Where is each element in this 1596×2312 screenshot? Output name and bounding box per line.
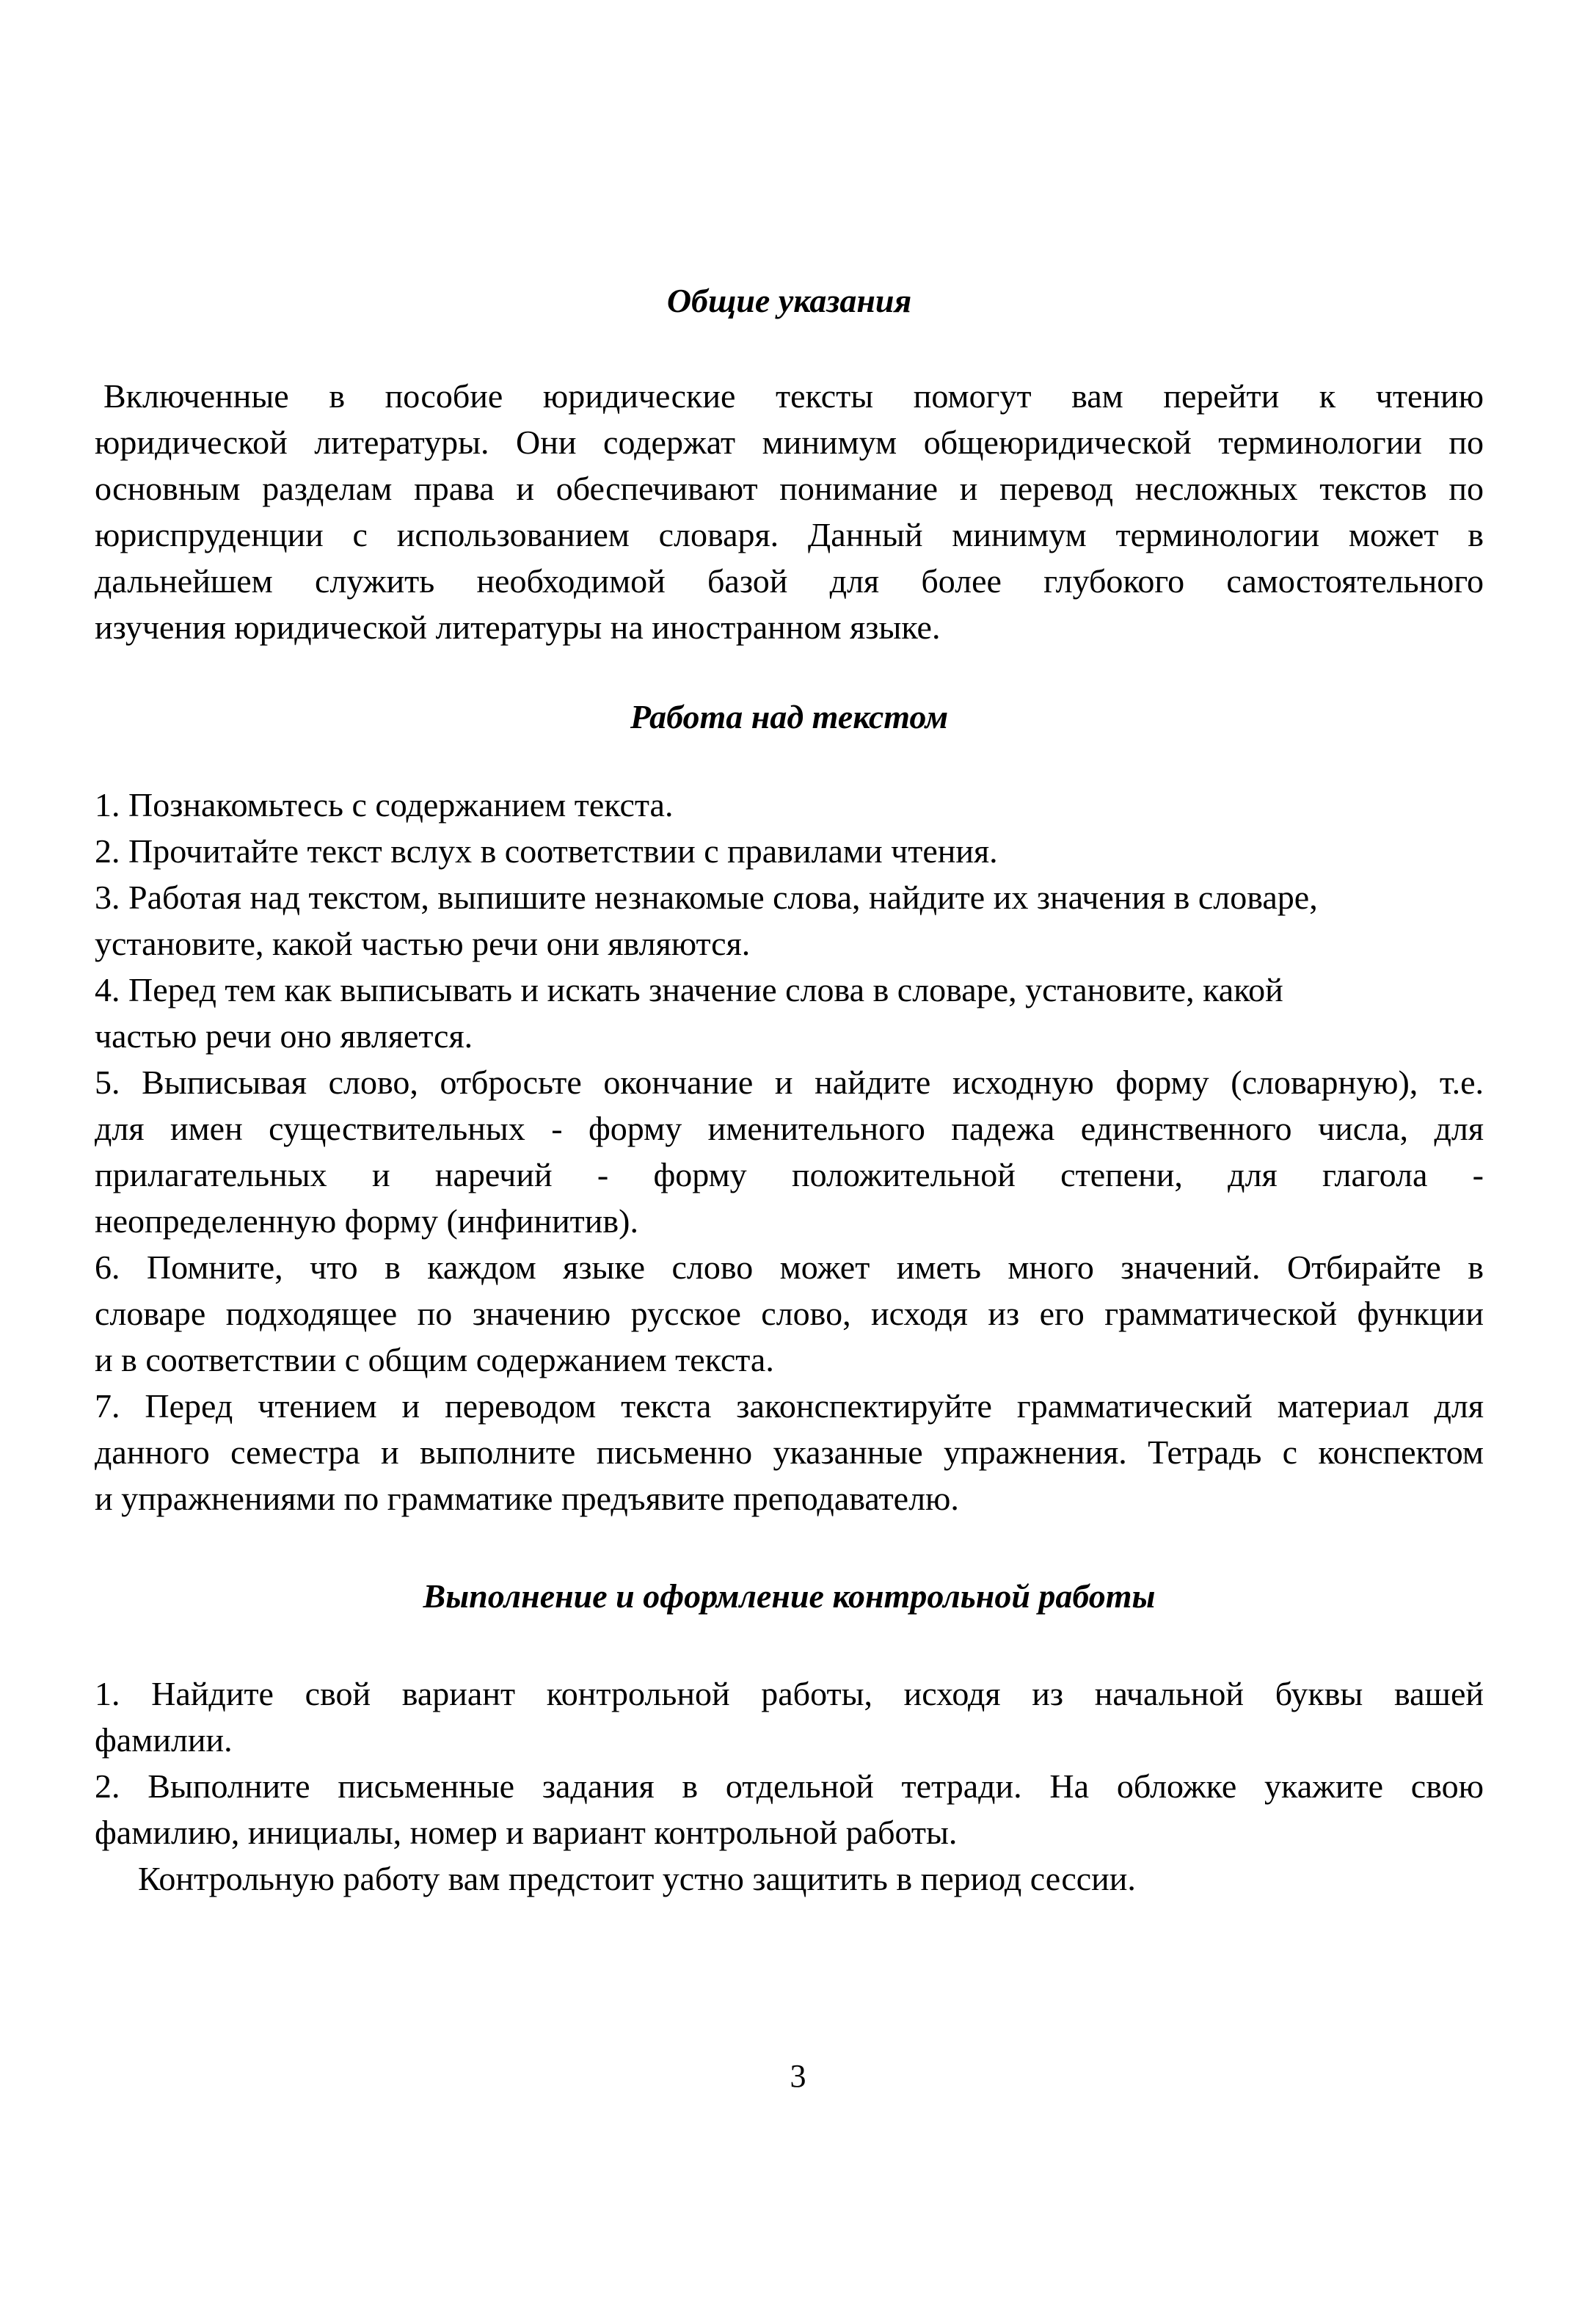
list-item-line: 2. Прочитайте текст вслух в соответствии… (95, 828, 1484, 874)
section-heading-test-completion: Выполнение и оформление контрольной рабо… (95, 1573, 1484, 1619)
list-item-line: 5. Выписывая слово, отбросьте окончание … (95, 1059, 1484, 1105)
section-heading-working-on-text: Работа над текстом (95, 694, 1484, 740)
closing-note-line: Контрольную работу вам предстоит устно з… (138, 1855, 1484, 1902)
list-item-line: и в соответствии с общим содержанием тек… (95, 1337, 1484, 1383)
paragraph-line: юриспруденции с использованием словаря. … (95, 512, 1484, 558)
list-item-line: 3. Работая над текстом, выпишите незнако… (95, 874, 1484, 920)
list-item-line: данного семестра и выполните письменно у… (95, 1429, 1484, 1475)
paragraph-line: Включенные в пособие юридические тексты … (103, 373, 1484, 419)
paragraph-line: дальнейшем служить необходимой базой для… (95, 558, 1484, 604)
list-item-line: фамилии. (95, 1717, 1484, 1763)
document-page: Общие указания Включенные в пособие юрид… (0, 0, 1596, 2312)
list-item-line: 6. Помните, что в каждом языке слово мож… (95, 1244, 1484, 1290)
list-item-line: прилагательных и наречий - форму положит… (95, 1152, 1484, 1198)
list-item-line: 1. Найдите свой вариант контрольной рабо… (95, 1671, 1484, 1717)
list-item-line: 7. Перед чтением и переводом текста зако… (95, 1383, 1484, 1429)
paragraph-line: изучения юридической литературы на иност… (95, 604, 1484, 650)
paragraph-line: основным разделам права и обеспечивают п… (95, 465, 1484, 512)
list-item-line: словаре подходящее по значению русское с… (95, 1290, 1484, 1337)
page-number: 3 (0, 2053, 1596, 2099)
list-item-line: фамилию, инициалы, номер и вариант контр… (95, 1809, 1484, 1855)
list-item-line: 1. Познакомьтесь с содержанием текста. (95, 782, 1484, 828)
list-item-line: частью речи оно является. (95, 1013, 1484, 1059)
paragraph-line: юридической литературы. Они содержат мин… (95, 419, 1484, 465)
list-item-line: установите, какой частью речи они являют… (95, 920, 1484, 967)
list-item-line: и упражнениями по грамматике предъявите … (95, 1475, 1484, 1522)
list-item-line: 2. Выполните письменные задания в отдель… (95, 1763, 1484, 1809)
list-item-line: для имен существительных - форму имените… (95, 1105, 1484, 1152)
list-item-line: 4. Перед тем как выписывать и искать зна… (95, 967, 1484, 1013)
list-item-line: неопределенную форму (инфинитив). (95, 1198, 1484, 1244)
section-heading-general-instructions: Общие указания (95, 277, 1484, 324)
